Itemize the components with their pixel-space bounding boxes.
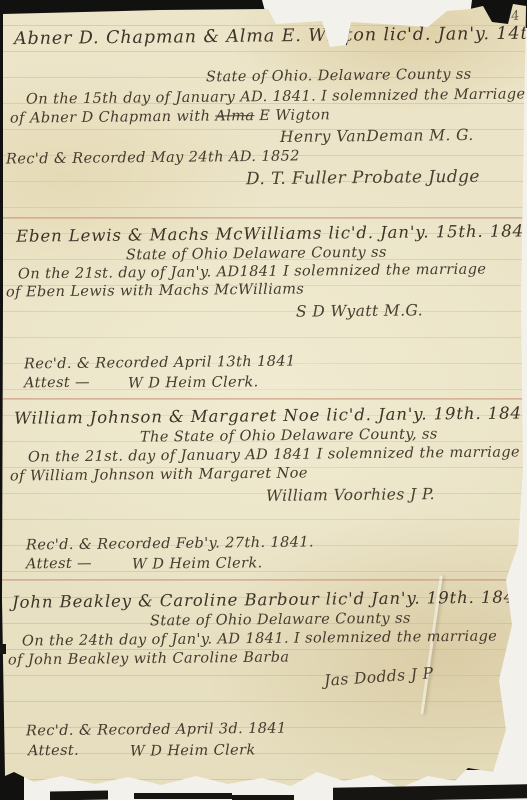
entry-3-body-line-2: of William Johnson with Margaret Noe [10, 465, 308, 484]
scanned-ledger-page: 254 Abner D. Chapman & Alma E. Wigton li… [0, 0, 527, 800]
entry-1-recorded-line: Rec'd & Recorded May 24th AD. 1852 [6, 148, 300, 167]
entry-1-struck-word: Alma [215, 108, 254, 124]
entry-3-officiant-signature: William Voorhies J P. [266, 485, 435, 505]
entry-1-heading: Abner D. Chapman & Alma E. Wigton lic'd.… [14, 23, 527, 49]
scan-shadow-fragment [0, 644, 6, 654]
entry-3-body-line-1: On the 21st. day of January AD 1841 I so… [28, 444, 520, 465]
entry-4-officiant-signature: Jas Dodds J P [324, 664, 435, 690]
entry-separator-rule [0, 217, 527, 219]
entry-1-body-line-2-prefix: of Abner D Chapman with [10, 109, 215, 127]
entry-4-body-line-1: On the 24th day of Jan'y. AD 1841. I sol… [22, 629, 497, 650]
scan-shadow-fragment [333, 784, 527, 800]
scan-shadow-fragment [134, 793, 232, 799]
entry-2-state-line: State of Ohio Delaware County ss [126, 245, 387, 264]
entry-3-recorded-line: Rec'd. & Recorded Feb'y. 27th. 1841. [26, 534, 314, 553]
entry-4-state-line: State of Ohio Delaware County ss [150, 611, 411, 630]
entry-2-attest-label: Attest — [24, 375, 90, 392]
entry-separator-rule [0, 398, 527, 400]
ledger-paper: 254 Abner D. Chapman & Alma E. Wigton li… [0, 0, 527, 800]
entry-4-heading: John Beakley & Caroline Barbour lic'd Ja… [12, 587, 527, 612]
entry-2-heading: Eben Lewis & Machs McWilliams lic'd. Jan… [16, 221, 527, 246]
entry-2-body-line-2: of Eben Lewis with Machs McWilliams [6, 281, 304, 300]
entry-3-state-line: The State of Ohio Delaware County, ss [140, 426, 438, 445]
entry-1-judge-signature: D. T. Fuller Probate Judge [246, 167, 480, 189]
entry-4-recorded-line: Rec'd. & Recorded April 3d. 1841 [26, 721, 287, 740]
entry-4-body-line-2: of John Beakley with Caroline Barba [8, 650, 290, 669]
scan-shadow-fragment [50, 790, 108, 800]
entry-3-clerk-signature: W D Heim Clerk. [132, 555, 263, 572]
entry-1-officiant-signature: Henry VanDeman M. G. [280, 126, 474, 146]
entry-2-clerk-signature: W D Heim Clerk. [128, 374, 259, 391]
entry-4-attest-label: Attest. [28, 743, 79, 760]
entry-3-heading: William Johnson & Margaret Noe lic'd. Ja… [14, 403, 527, 428]
scan-shadow-fragment [232, 795, 294, 800]
entry-4-clerk-signature: W D Heim Clerk [130, 742, 256, 759]
entry-1-body-line-2: of Abner D Chapman with Alma E Wigton [10, 107, 330, 126]
entry-1-body-line-2-suffix: E Wigton [254, 107, 330, 124]
entry-2-officiant-signature: S D Wyatt M.G. [296, 301, 423, 320]
entry-2-recorded-line: Rec'd. & Recorded April 13th 1841 [24, 354, 296, 373]
entry-separator-rule [0, 579, 527, 581]
entry-1-state-line: State of Ohio. Delaware County ss [206, 67, 472, 86]
entry-3-attest-label: Attest — [26, 556, 92, 573]
entry-2-body-line-1: On the 21st. day of Jan'y. AD1841 I sole… [18, 262, 487, 283]
entry-1-body-line-1: On the 15th day of January AD. 1841. I s… [26, 86, 526, 107]
